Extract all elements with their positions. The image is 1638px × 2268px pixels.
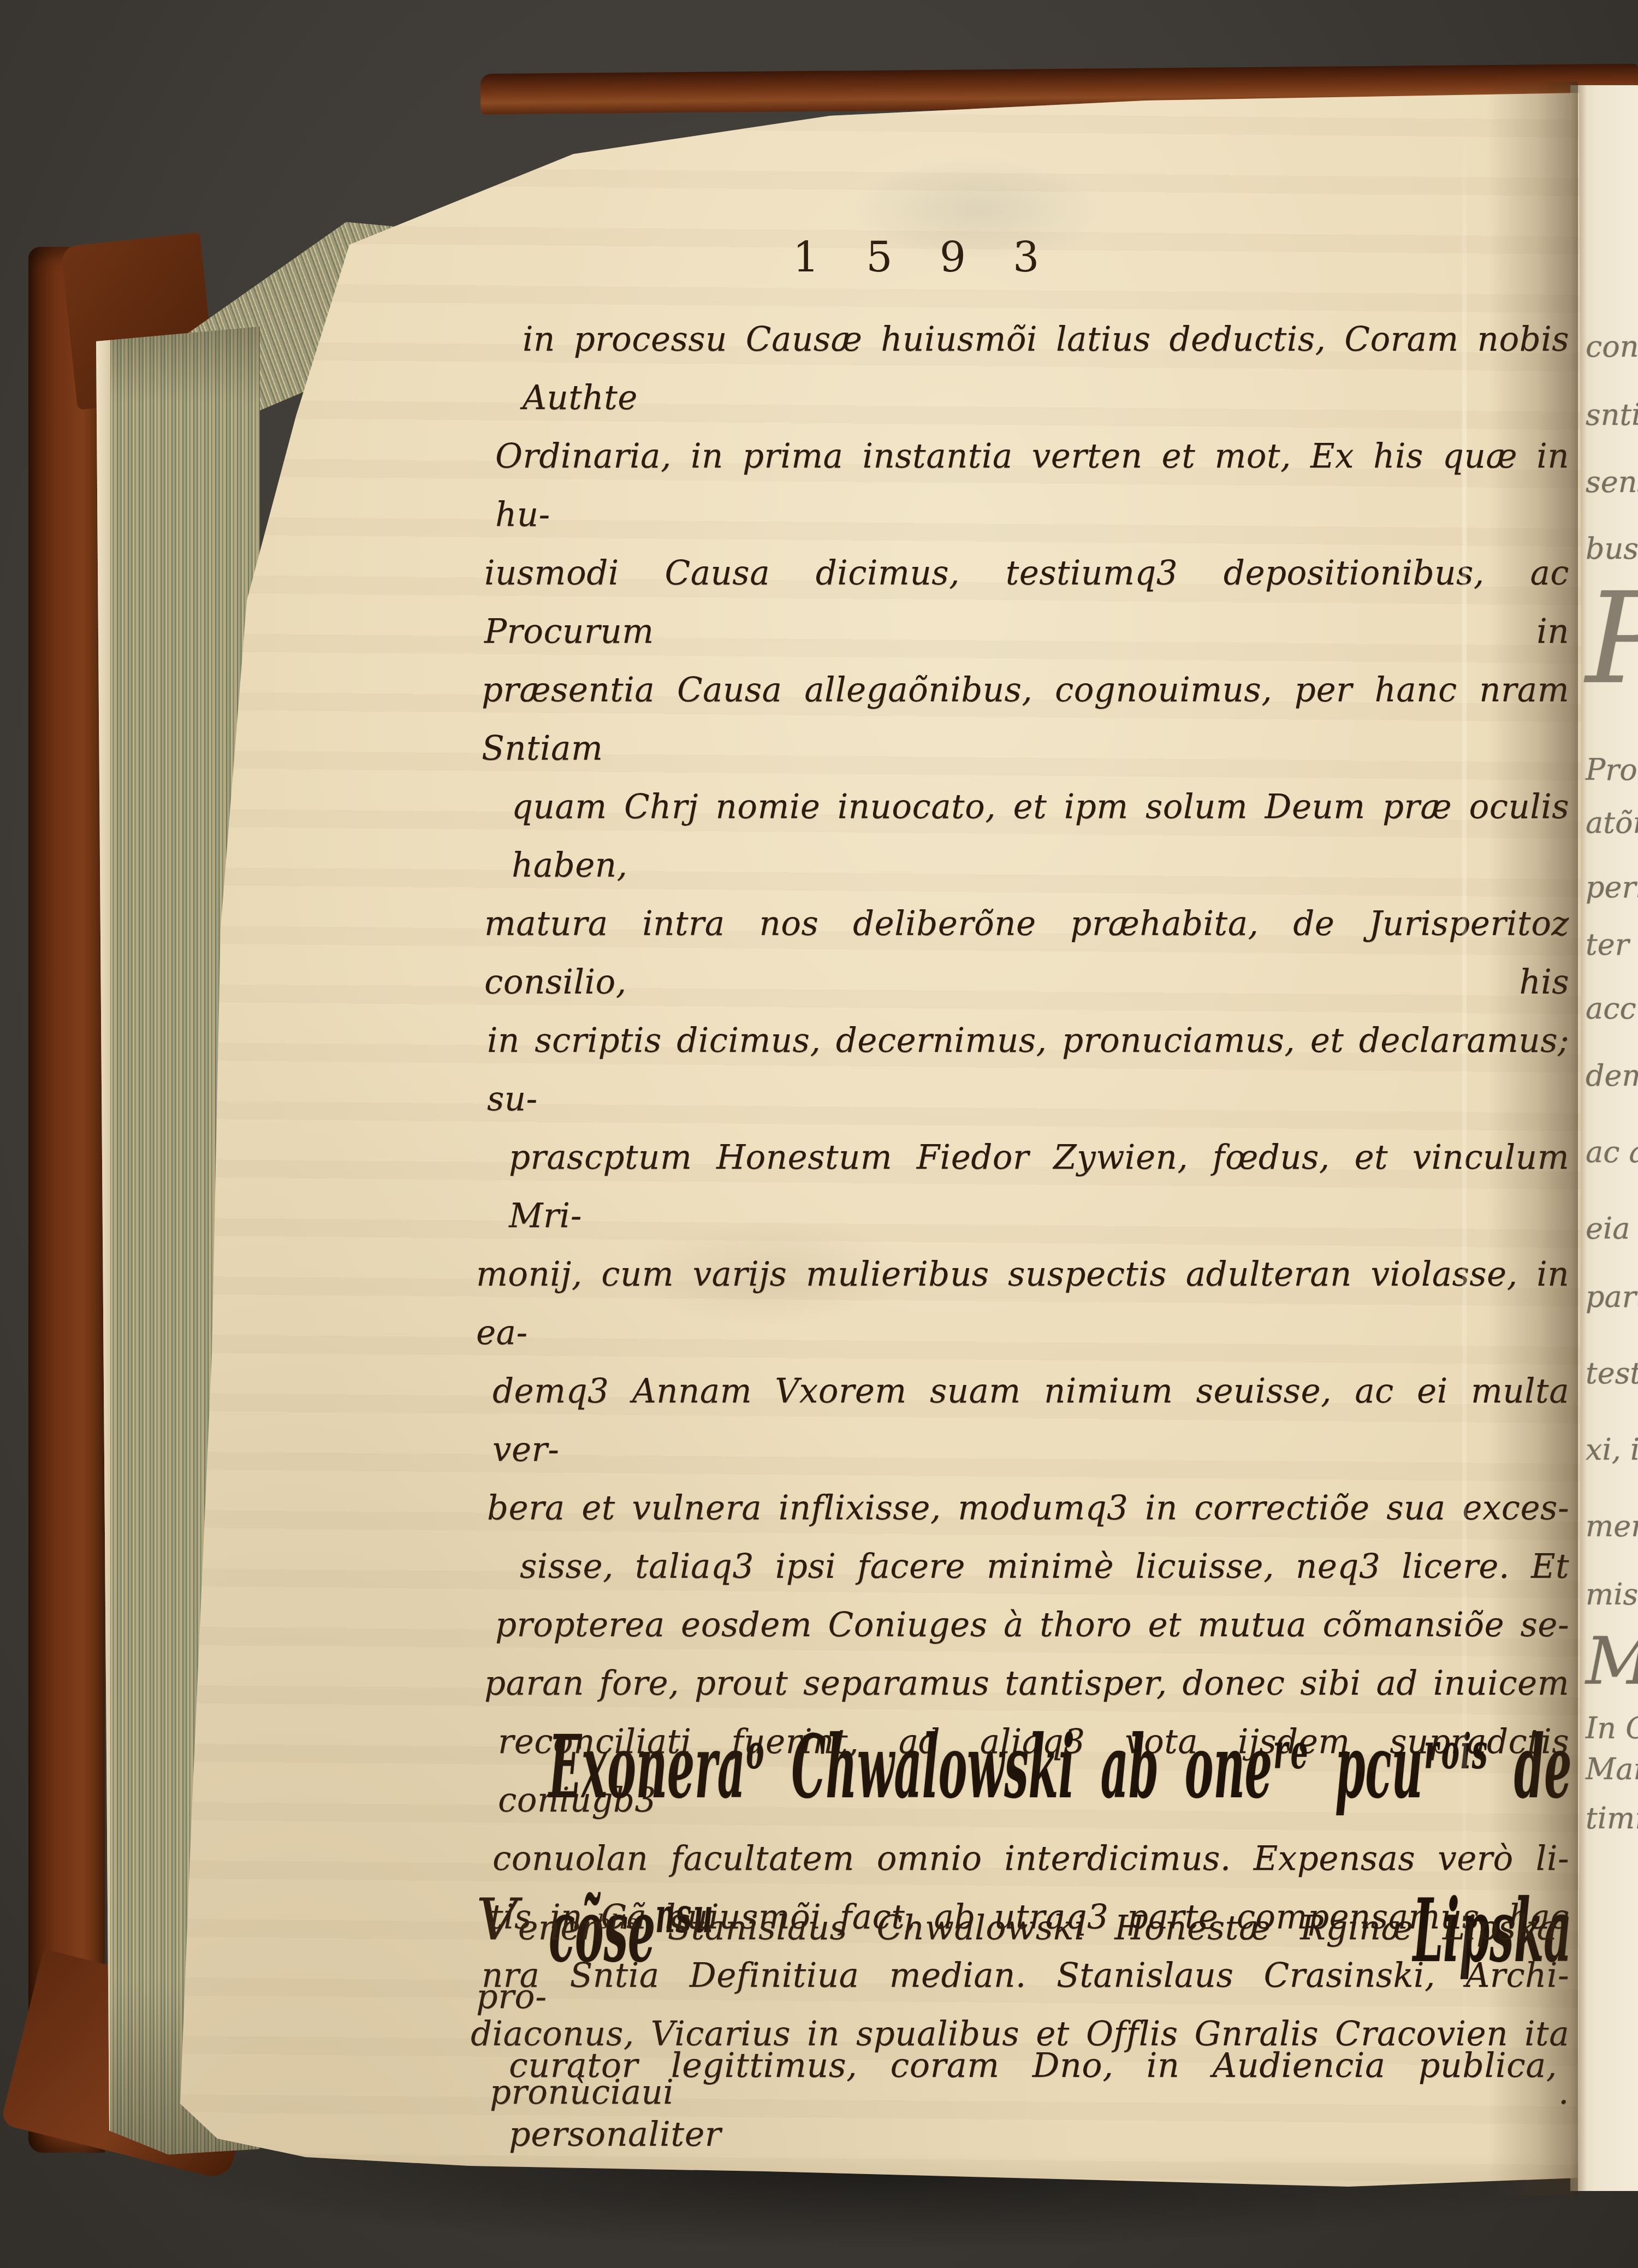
manuscript-line: quam Chrj nomie inuocato, et ipm solum D…	[512, 778, 1569, 895]
manuscript-line: in scriptis dicimus, decernimus, pronuci…	[487, 1011, 1569, 1128]
manuscript-line: Venerᵇˡⁱˢ Stanislaus Chwalowski Honestæ …	[476, 1885, 1557, 2031]
facing-page-text-fragment: bus quib:	[1586, 534, 1638, 564]
manuscript-line: propterea eosdem Coniuges à thoro et mut…	[495, 1596, 1569, 1654]
manuscript-line: bera et vulnera inflixisse, modumq3 in c…	[487, 1479, 1569, 1537]
facing-page-text-fragment: accusataq	[1586, 994, 1638, 1023]
facing-page-text-fragment: atõne, dil	[1586, 808, 1638, 838]
facing-page-text-fragment: men ad	[1586, 1512, 1638, 1541]
entry-heading-wrap: Exoneraᵒ Chwalowski ab oneʳᵉ pcuʳᵒⁱˢ de …	[549, 1685, 1586, 1870]
facing-page-text-fragment: Mans	[1586, 1629, 1638, 1695]
folio-year-digit: 1	[793, 233, 819, 281]
facing-page-text-fragment: xi, in fo	[1586, 1435, 1638, 1465]
facing-page-text-fragment: Mansion	[1586, 1755, 1638, 1784]
facing-page-text-fragment: In Causa	[1586, 1714, 1638, 1743]
facing-page-text-fragment: sensit. Et	[1586, 467, 1638, 497]
manuscript-line: in processu Causæ huiusmõi latius deduct…	[523, 310, 1569, 427]
manuscript-line: præsentia Causa allegaõnibus, cognouimus…	[482, 661, 1569, 778]
manuscript-line: curator legittimus, coram Dno, in Audien…	[509, 2031, 1557, 2169]
facing-page-text-fragment: timm	[1586, 1804, 1638, 1833]
photo-backdrop: constitutussntia dcãsensit. Etbus quib:P…	[0, 0, 1638, 2268]
folio-year-digit: 5	[866, 233, 892, 281]
entry-opening-text: Venerᵇˡⁱˢ Stanislaus Chwalowski Honestæ …	[476, 1885, 1557, 2169]
facing-page-text-fragment: eia petij	[1586, 1214, 1638, 1243]
facing-page-text-fragment: partis a	[1586, 1282, 1638, 1312]
facing-page-text-fragment: perhibend	[1586, 873, 1638, 902]
manuscript-line: Ordinaria, in prima instantia verten et …	[495, 427, 1569, 544]
facing-page-text-fragment: Procurator	[1586, 755, 1638, 785]
facing-page-text-fragment: constitutus	[1586, 332, 1638, 362]
manuscript-line: iusmodi Causa dicimus, testiumq3 deposit…	[484, 544, 1569, 661]
facing-page-text-fragment: testium i	[1586, 1359, 1638, 1388]
facing-page-text-fragment: dem testi	[1586, 1061, 1638, 1091]
folio-year-number: 1593	[793, 233, 1039, 281]
manuscript-line: demq3 Annam Vxorem suam nimium seuisse, …	[492, 1362, 1569, 1479]
margin-pen-mark: ıſ	[238, 133, 263, 173]
facing-page-text-fragment: ter rpm	[1586, 930, 1638, 960]
manuscript-line: sisse, taliaq3 ipsi facere minimè licuis…	[520, 1537, 1569, 1596]
book-cover-left-board	[28, 247, 105, 2153]
manuscript-line: monij, cum varijs mulieribus suspectis a…	[476, 1245, 1569, 1362]
manuscript-line: matura intra nos deliberõne præhabita, d…	[484, 895, 1569, 1011]
facing-page-text-fragment: misit. P	[1586, 1580, 1638, 1609]
manuscript-line: prascptum Honestum Fiedor Zywien, fœdus,…	[509, 1128, 1569, 1245]
facing-page-text-fragment: P	[1586, 577, 1638, 702]
folio-year-digit: 9	[940, 233, 966, 281]
facing-page-text-fragment: ac ad ex	[1586, 1138, 1638, 1167]
facing-page-text-fragment: sntia dcã	[1586, 400, 1638, 430]
folio-year-digit: 3	[1013, 233, 1039, 281]
